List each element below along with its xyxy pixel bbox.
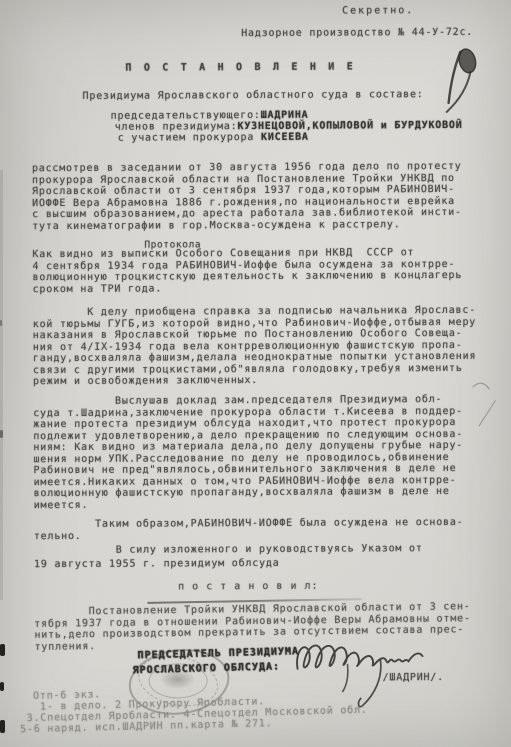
signatory-title-line2: ЯРОСЛАВСКОГО ОБЛСУДА: (132, 661, 280, 676)
handwritten-page-number-19 (434, 43, 490, 118)
binding-mark (0, 644, 5, 656)
text-line: тута кинематографии в гор.Москва-осужден… (32, 218, 462, 232)
typed-insertion-protokola: Протокола (144, 239, 201, 251)
paragraph-prison-certificate: К делу приобщена справка за подписью нач… (33, 305, 477, 388)
court-composition: председательствующего:ШАДРИНА членов пре… (111, 109, 463, 144)
binding-mark (0, 720, 5, 733)
members-names: КУЗНЕЦОВОЙ,КОПЫЛОВОЙ и БУРДУКОВОЙ (237, 120, 462, 132)
scan-edge-streak (0, 170, 3, 600)
resolution-heading: п о с т а н о в и л: (178, 581, 318, 593)
presiding-label: председательствующего: (111, 110, 261, 122)
margin-pencil-mark (465, 369, 510, 429)
binding-mark (0, 430, 3, 438)
text-line: 19 августа 1955 г. президиум облсуда (34, 556, 423, 572)
prosecutor-label: с участием прокурора (118, 132, 261, 144)
presiding-name: ШАДРИНА (261, 110, 309, 121)
prosecutor-line: с участием прокурора КИСЕЕВА (111, 131, 463, 144)
paragraph-legal-basis: В силу изложенного и руководствуясь Указ… (34, 542, 423, 571)
text-line: тельно. (34, 528, 464, 542)
document-subtitle: Президиума Ярославского областного суда … (83, 89, 424, 102)
paragraph-osoboe-soveshchanie: Протокола Как видно из выписки Особого С… (32, 247, 462, 295)
text-line: режим и освобождения заключенных. (33, 374, 476, 388)
binding-mark (0, 320, 2, 326)
case-number: Надзорное производство № 44-У-72с. (241, 27, 473, 40)
binding-mark (0, 682, 4, 691)
text-line: В силу изложенного и руководствуясь Указ… (34, 542, 423, 558)
prosecutor-name: КИСЕЕВА (261, 132, 309, 143)
document-text-layer: Секретно. Надзорное производство № 44-У-… (0, 0, 511, 747)
text-line: волюционную троцкистскую деятельность к … (32, 270, 462, 284)
text-line: Таким образом,РАБИНОВИЧ-ИОФФЕ была осужд… (34, 517, 464, 531)
paragraph-reviewed: рассмотрев в заседании от 30 августа 195… (32, 161, 462, 232)
document-page: Секретно. Надзорное производство № 44-У-… (0, 0, 511, 747)
paragraph-findings: Выслушав доклад зам.председателя Президи… (33, 394, 463, 511)
paragraph-conclusion: Таким образом,РАБИНОВИЧ-ИОФФЕ была осужд… (34, 517, 464, 542)
classification-label: Секретно. (342, 5, 414, 17)
text-line: сроком на ТРИ года. (33, 281, 463, 295)
distribution-list: Отп-6 экз. 1- в дело. 2 Прокурору Яробла… (19, 683, 368, 735)
document-title: П О С Т А Н О В Л Е Н И Е (125, 61, 356, 74)
text-line: имеется. (34, 497, 464, 511)
text-line: волюционную фашистскую пропаганду,восхва… (34, 486, 464, 500)
